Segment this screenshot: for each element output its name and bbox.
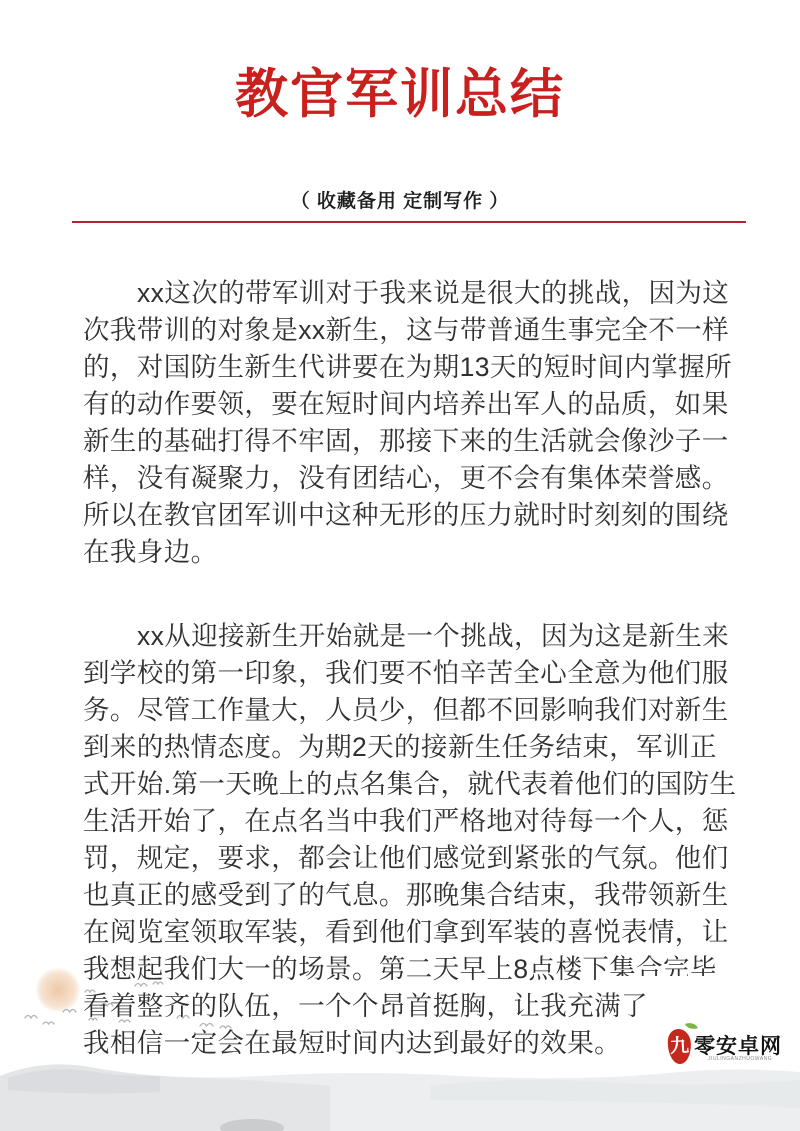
document-body: xx这次的带军训对于我来说是很大的挑战，因为这 次我带训的对象是xx新生，这与带… [83,275,743,1062]
page-title: 教官军训总结 [0,52,800,128]
body-line: 有的动作要领，要在短时间内培养出军人的品质，如果 [83,386,743,423]
body-line: 也真正的感受到了的气息。那晚集合结束，我带领新生 [83,877,743,914]
body-line: 在阅览室领取军装，看到他们拿到军装的喜悦表情，让 [83,914,743,951]
paragraph-1: xx这次的带军训对于我来说是很大的挑战，因为这 次我带训的对象是xx新生，这与带… [83,275,743,571]
body-line: 生活开始了，在点名当中我们严格地对待每一个人，惩 [83,803,743,840]
site-watermark: 九 零安卓网 JIULINGANZHUOWANG [666,1022,796,1072]
body-line: 所以在教官团军训中这种无形的压力就时时刻刻的围绕 [83,497,743,534]
body-line: 罚，规定，要求，都会让他们感觉到紧张的气氛。他们 [83,840,743,877]
seal-character: 九 [670,1037,690,1057]
body-line: 次我带训的对象是xx新生，这与带普通生事完全不一样 [83,312,743,349]
body-line: 务。尽管工作量大，人员少，但都不回影响我们对新生 [83,692,743,729]
body-line: 到学校的第一印象，我们要不怕辛苦全心全意为他们服 [83,655,743,692]
body-line: 在我身边。 [83,534,743,571]
body-line: 式开始.第一天晚上的点名集合，就代表着他们的国防生 [83,766,743,803]
paragraph-2: xx从迎接新生开始就是一个挑战，因为这是新生来 到学校的第一印象，我们要不怕辛苦… [83,618,743,1062]
body-line: xx这次的带军训对于我来说是很大的挑战，因为这 [83,275,743,312]
red-divider [72,221,746,223]
subtitle: （ 收藏备用 定制写作 ） [0,186,800,213]
military-training-summary-document: 教官军训总结 （ 收藏备用 定制写作 ） xx这次的带军训对于我来说是很大的挑战… [0,0,800,1131]
body-line: 新生的基础打得不牢固，那接下来的生活就会像沙子一 [83,423,743,460]
sun-decor [36,968,80,1012]
body-line: 样，没有凝聚力，没有团结心，更不会有集体荣誉感。 [83,460,743,497]
body-line: 的，对国防生新生代讲要在为期13天的短时间内掌握所 [83,349,743,386]
red-seal-icon: 九 [667,1028,692,1064]
body-line: xx从迎接新生开始就是一个挑战，因为这是新生来 [83,618,743,655]
body-line: 到来的热情态度。为期2天的接新生任务结束，军训正 [83,729,743,766]
body-line: 看着整齐的队伍，一个个昂首挺胸，让我充满了信 [83,988,743,1025]
body-line: 我相信一定会在最短时间内达到最好的效果。 [83,1025,743,1062]
brand-pinyin: JIULINGANZHUOWANG [708,1056,772,1062]
